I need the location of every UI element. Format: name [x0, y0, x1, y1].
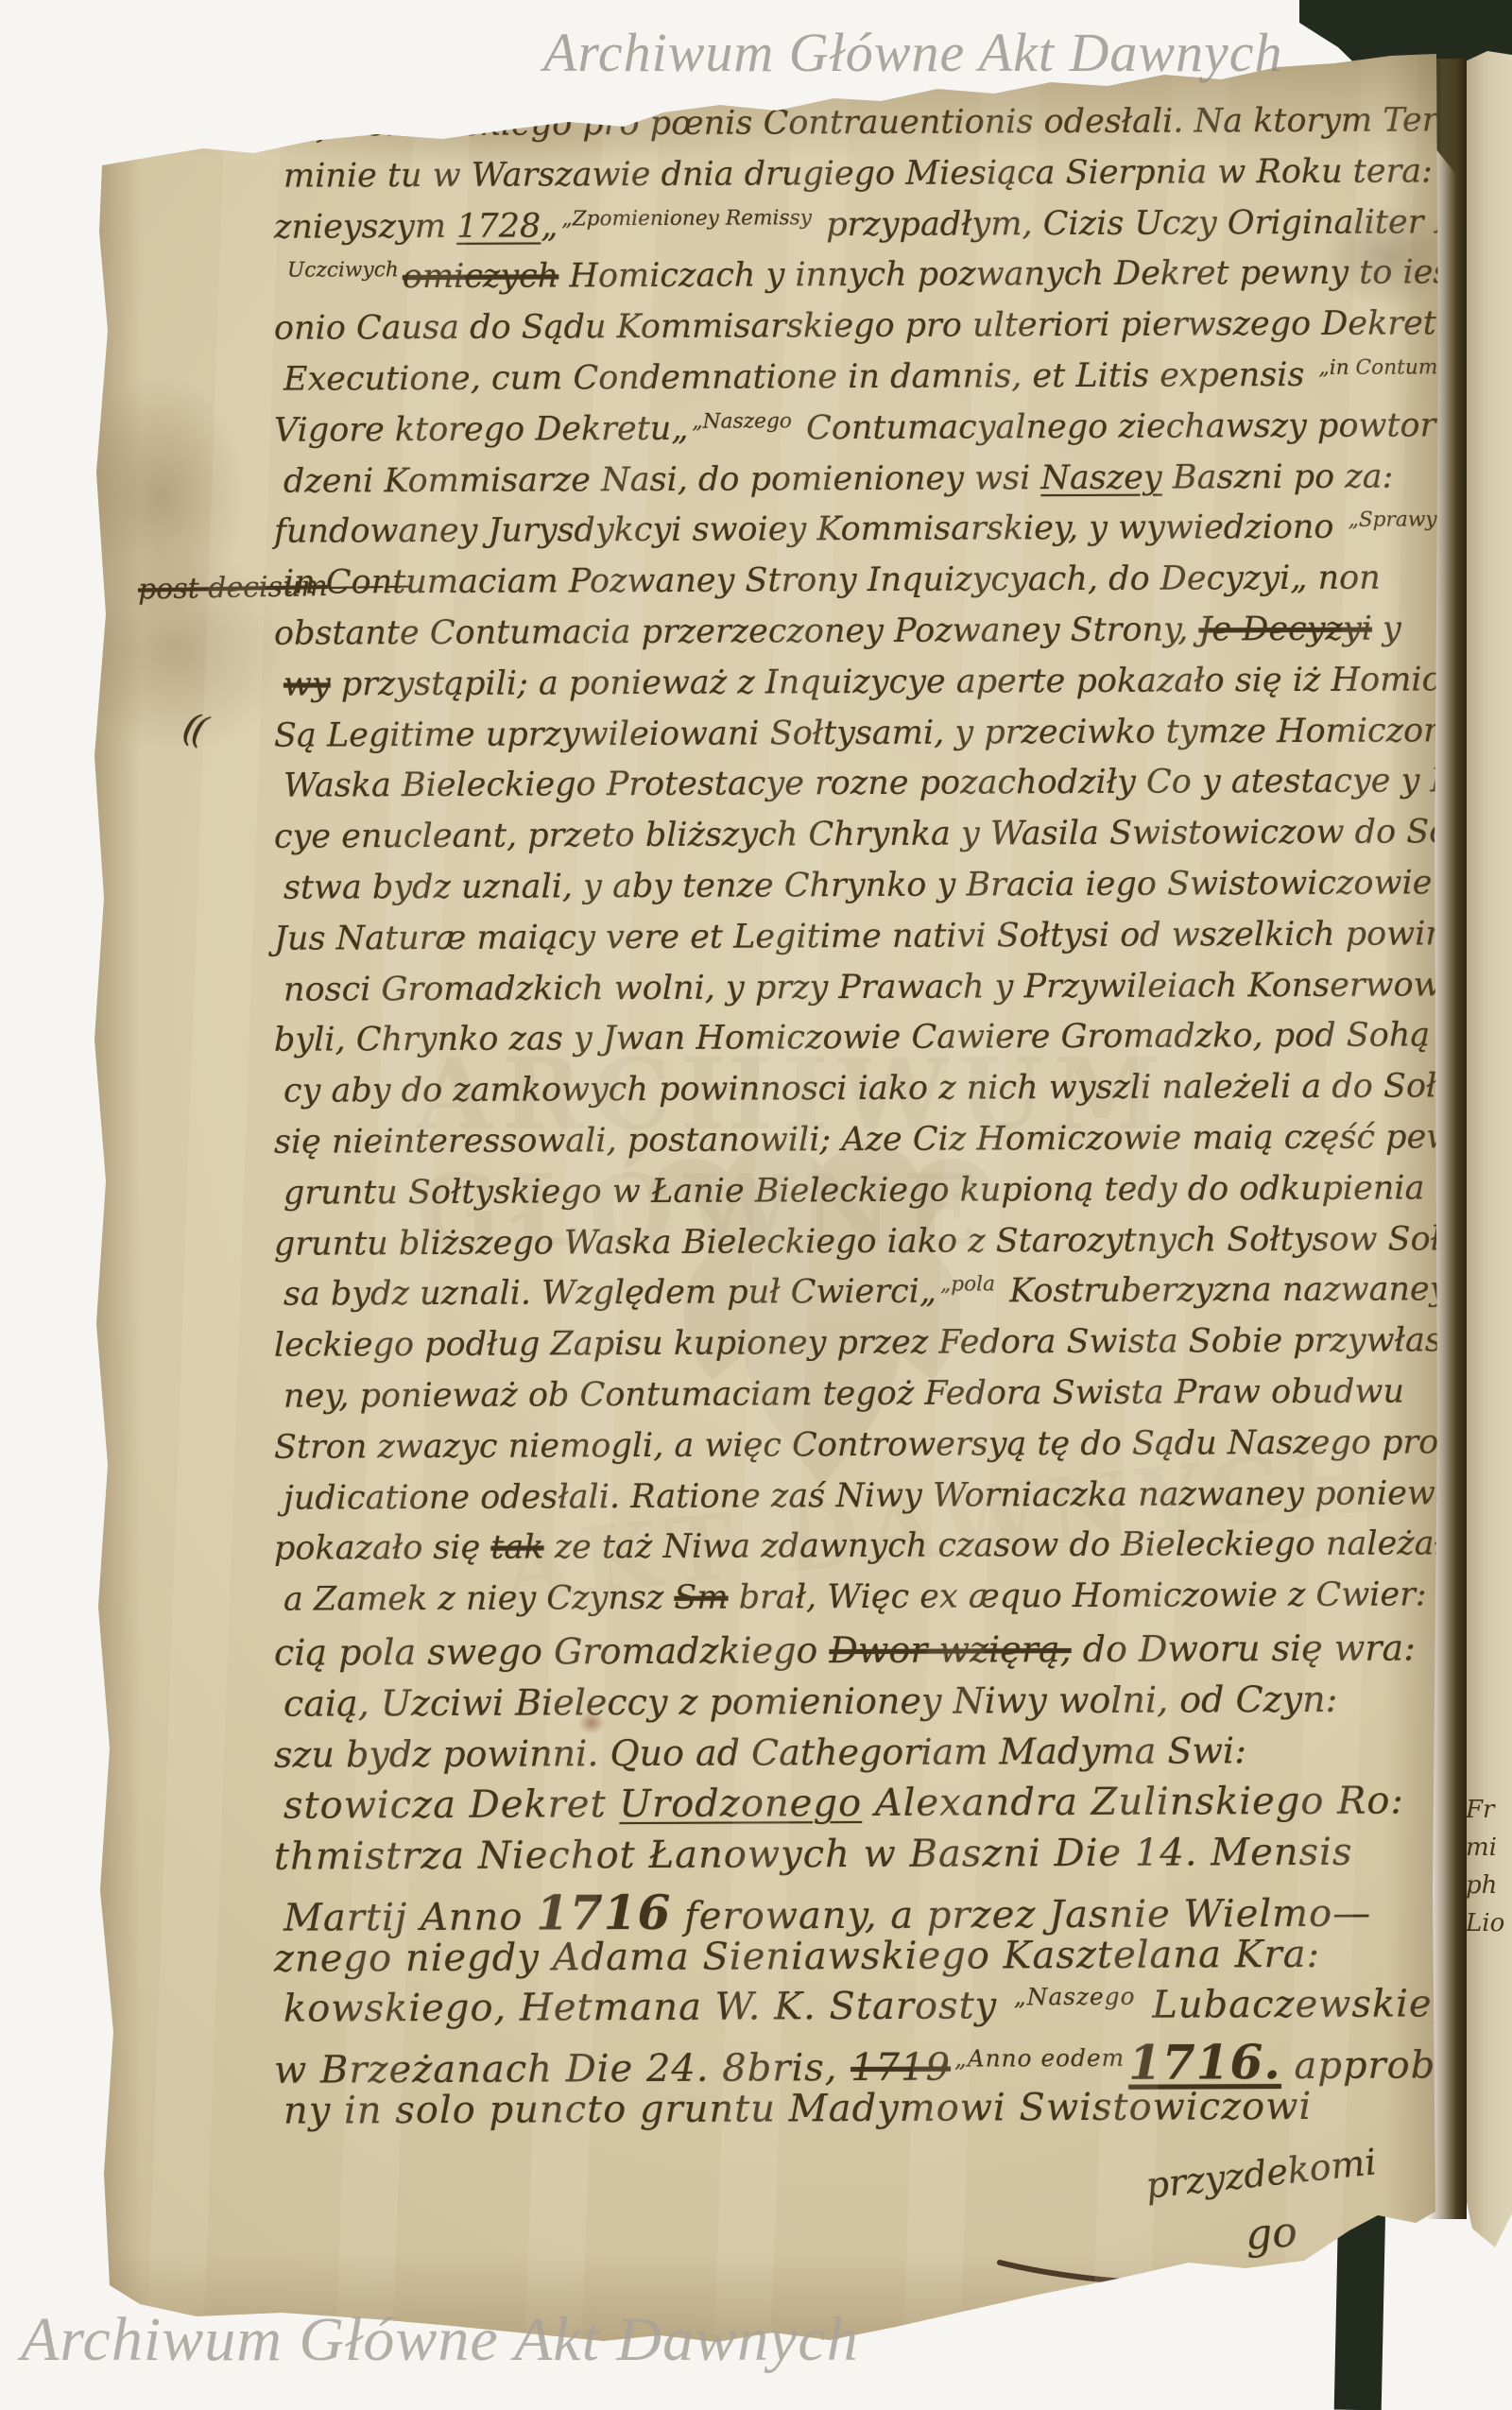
page-number: 442.	[128, 91, 201, 132]
manuscript-line: znieyszym 1728„„Zpomienioney Remissy prz…	[274, 203, 1446, 259]
adjacent-page-fragment: Fr	[1466, 1796, 1512, 1824]
manuscript-line: in Contumaciam Pozwaney Strony Inquizycy…	[274, 559, 1446, 614]
manuscript-line: gruntu bliższego Waska Bieleckiego iako …	[274, 1220, 1446, 1276]
manuscript-line: ny in solo puncto gruntu Madymowi Swisto…	[274, 2084, 1446, 2140]
manuscript-line: ney, ponieważ ob Contumaciam tegoż Fedor…	[274, 1372, 1446, 1428]
margin-ditto-mark: ((	[179, 705, 207, 751]
manuscript-line: Są Legitime uprzywileiowani Sołtysami, y…	[274, 712, 1446, 767]
manuscript-page: ARCHIWUM GŁÓWNE AKT DAWNYCH 442. post de…	[94, 53, 1438, 2344]
adjacent-page-fragment: mi	[1466, 1833, 1512, 1862]
adjacent-page-edge: FrmiphLio	[1463, 49, 1512, 2266]
signature-line-2: go	[1244, 2208, 1298, 2260]
manuscript-line: dzeni Kommisarze Nasi, do pomienioney ws…	[274, 457, 1446, 513]
manuscript-line: Vigore ktorego Dekretu„„Naszego Contumac…	[274, 406, 1446, 462]
manuscript-line: onio Causa do Sądu Kommisarskiego pro ul…	[274, 304, 1446, 360]
manuscript-line: Stron zwazyc niemogli, a więc Controwers…	[274, 1423, 1446, 1479]
manuscript-line: cy aby do zamkowych powinnosci iako z ni…	[274, 1067, 1446, 1123]
signature-line-1: przyzdekomi	[1143, 2141, 1378, 2206]
document-scan: { "colors":{"ink":"#44341e","binding":"#…	[0, 0, 1512, 2410]
manuscript-line: stowicza Dekret Urodzonego Alexandra Zul…	[274, 1780, 1446, 1835]
manuscript-line: a Zamek z niey Czynsz Sm brał, Więc ex æ…	[274, 1575, 1446, 1631]
adjacent-page-fragment: Lio	[1466, 1909, 1512, 1937]
manuscript-line: thmistrza Niechot Łanowych w Baszni Die …	[274, 1830, 1446, 1885]
manuscript-line: minie tu w Warszawie dnia drugiego Miesi…	[274, 152, 1446, 208]
manuscript-line: kowskiego, Hetmana W. K. Starosty „Nasze…	[274, 1983, 1446, 2039]
manuscript-line: Executione, cum Condemnatione in damnis,…	[274, 355, 1446, 411]
manuscript-line: cią pola swego Gromadzkiego Dwor wzięrą,…	[274, 1627, 1446, 1682]
manuscript-line: byli, Chrynko zas y Jwan Homiczowie Cawi…	[274, 1017, 1446, 1073]
adjacent-page-fragment: ph	[1466, 1871, 1512, 1900]
manuscript-line: leckiego podług Zapisu kupioney przez Fe…	[274, 1321, 1446, 1377]
manuscript-line: Uczciwychomiczych Homiczach y innych poz…	[274, 254, 1446, 310]
manuscript-text: Referendarskiego pro pœnis Contrauention…	[274, 104, 1446, 2138]
manuscript-line: nosci Gromadzkich wolni, y przy Prawach …	[274, 966, 1446, 1022]
manuscript-line: caią, Uzciwi Bieleccy z pomienioney Niwy…	[274, 1678, 1446, 1733]
manuscript-line: w Brzeżanach Die 24. 8bris, 1719„Anno eo…	[274, 2034, 1446, 2090]
manuscript-line: się nieinteressowali, postanowili; Aze C…	[274, 1118, 1446, 1174]
manuscript-line: znego niegdy Adama Sieniawskiego Kasztel…	[274, 1932, 1446, 1988]
manuscript-line: Martij Anno 1716 ferowany, a przez Jasni…	[274, 1881, 1446, 1937]
manuscript-line: Jus Naturæ maiący vere et Legitime nativ…	[274, 915, 1446, 971]
manuscript-line: szu bydz powinni. Quo ad Cathegoriam Mad…	[274, 1729, 1446, 1784]
manuscript-line: pokazało się tak ze taż Niwa zdawnych cz…	[274, 1525, 1446, 1581]
manuscript-line: Referendarskiego pro pœnis Contrauention…	[274, 101, 1446, 157]
manuscript-line: judicatione odesłali. Ratione zaś Niwy W…	[274, 1474, 1446, 1530]
manuscript-line: gruntu Sołtyskiego w Łanie Bieleckiego k…	[274, 1169, 1446, 1225]
manuscript-line: sa bydz uznali. Względem puł Cwierci„„po…	[274, 1271, 1446, 1327]
watermark-top: Archiwum Główne Akt Dawnych	[543, 21, 1283, 84]
manuscript-line: stwa bydz uznali, y aby tenze Chrynko y …	[274, 864, 1446, 920]
manuscript-line: wy przystąpili; a ponieważ z Inquizycye …	[274, 661, 1446, 716]
manuscript-line: cye enucleant, przeto bliższych Chrynka …	[274, 813, 1446, 869]
manuscript-line: fundowaney Jurysdykcyi swoiey Kommisarsk…	[274, 508, 1446, 564]
manuscript-line: obstante Contumacia przerzeczoney Pozwan…	[274, 610, 1446, 665]
manuscript-line: Waska Bieleckiego Protestacye rozne poza…	[274, 763, 1446, 818]
